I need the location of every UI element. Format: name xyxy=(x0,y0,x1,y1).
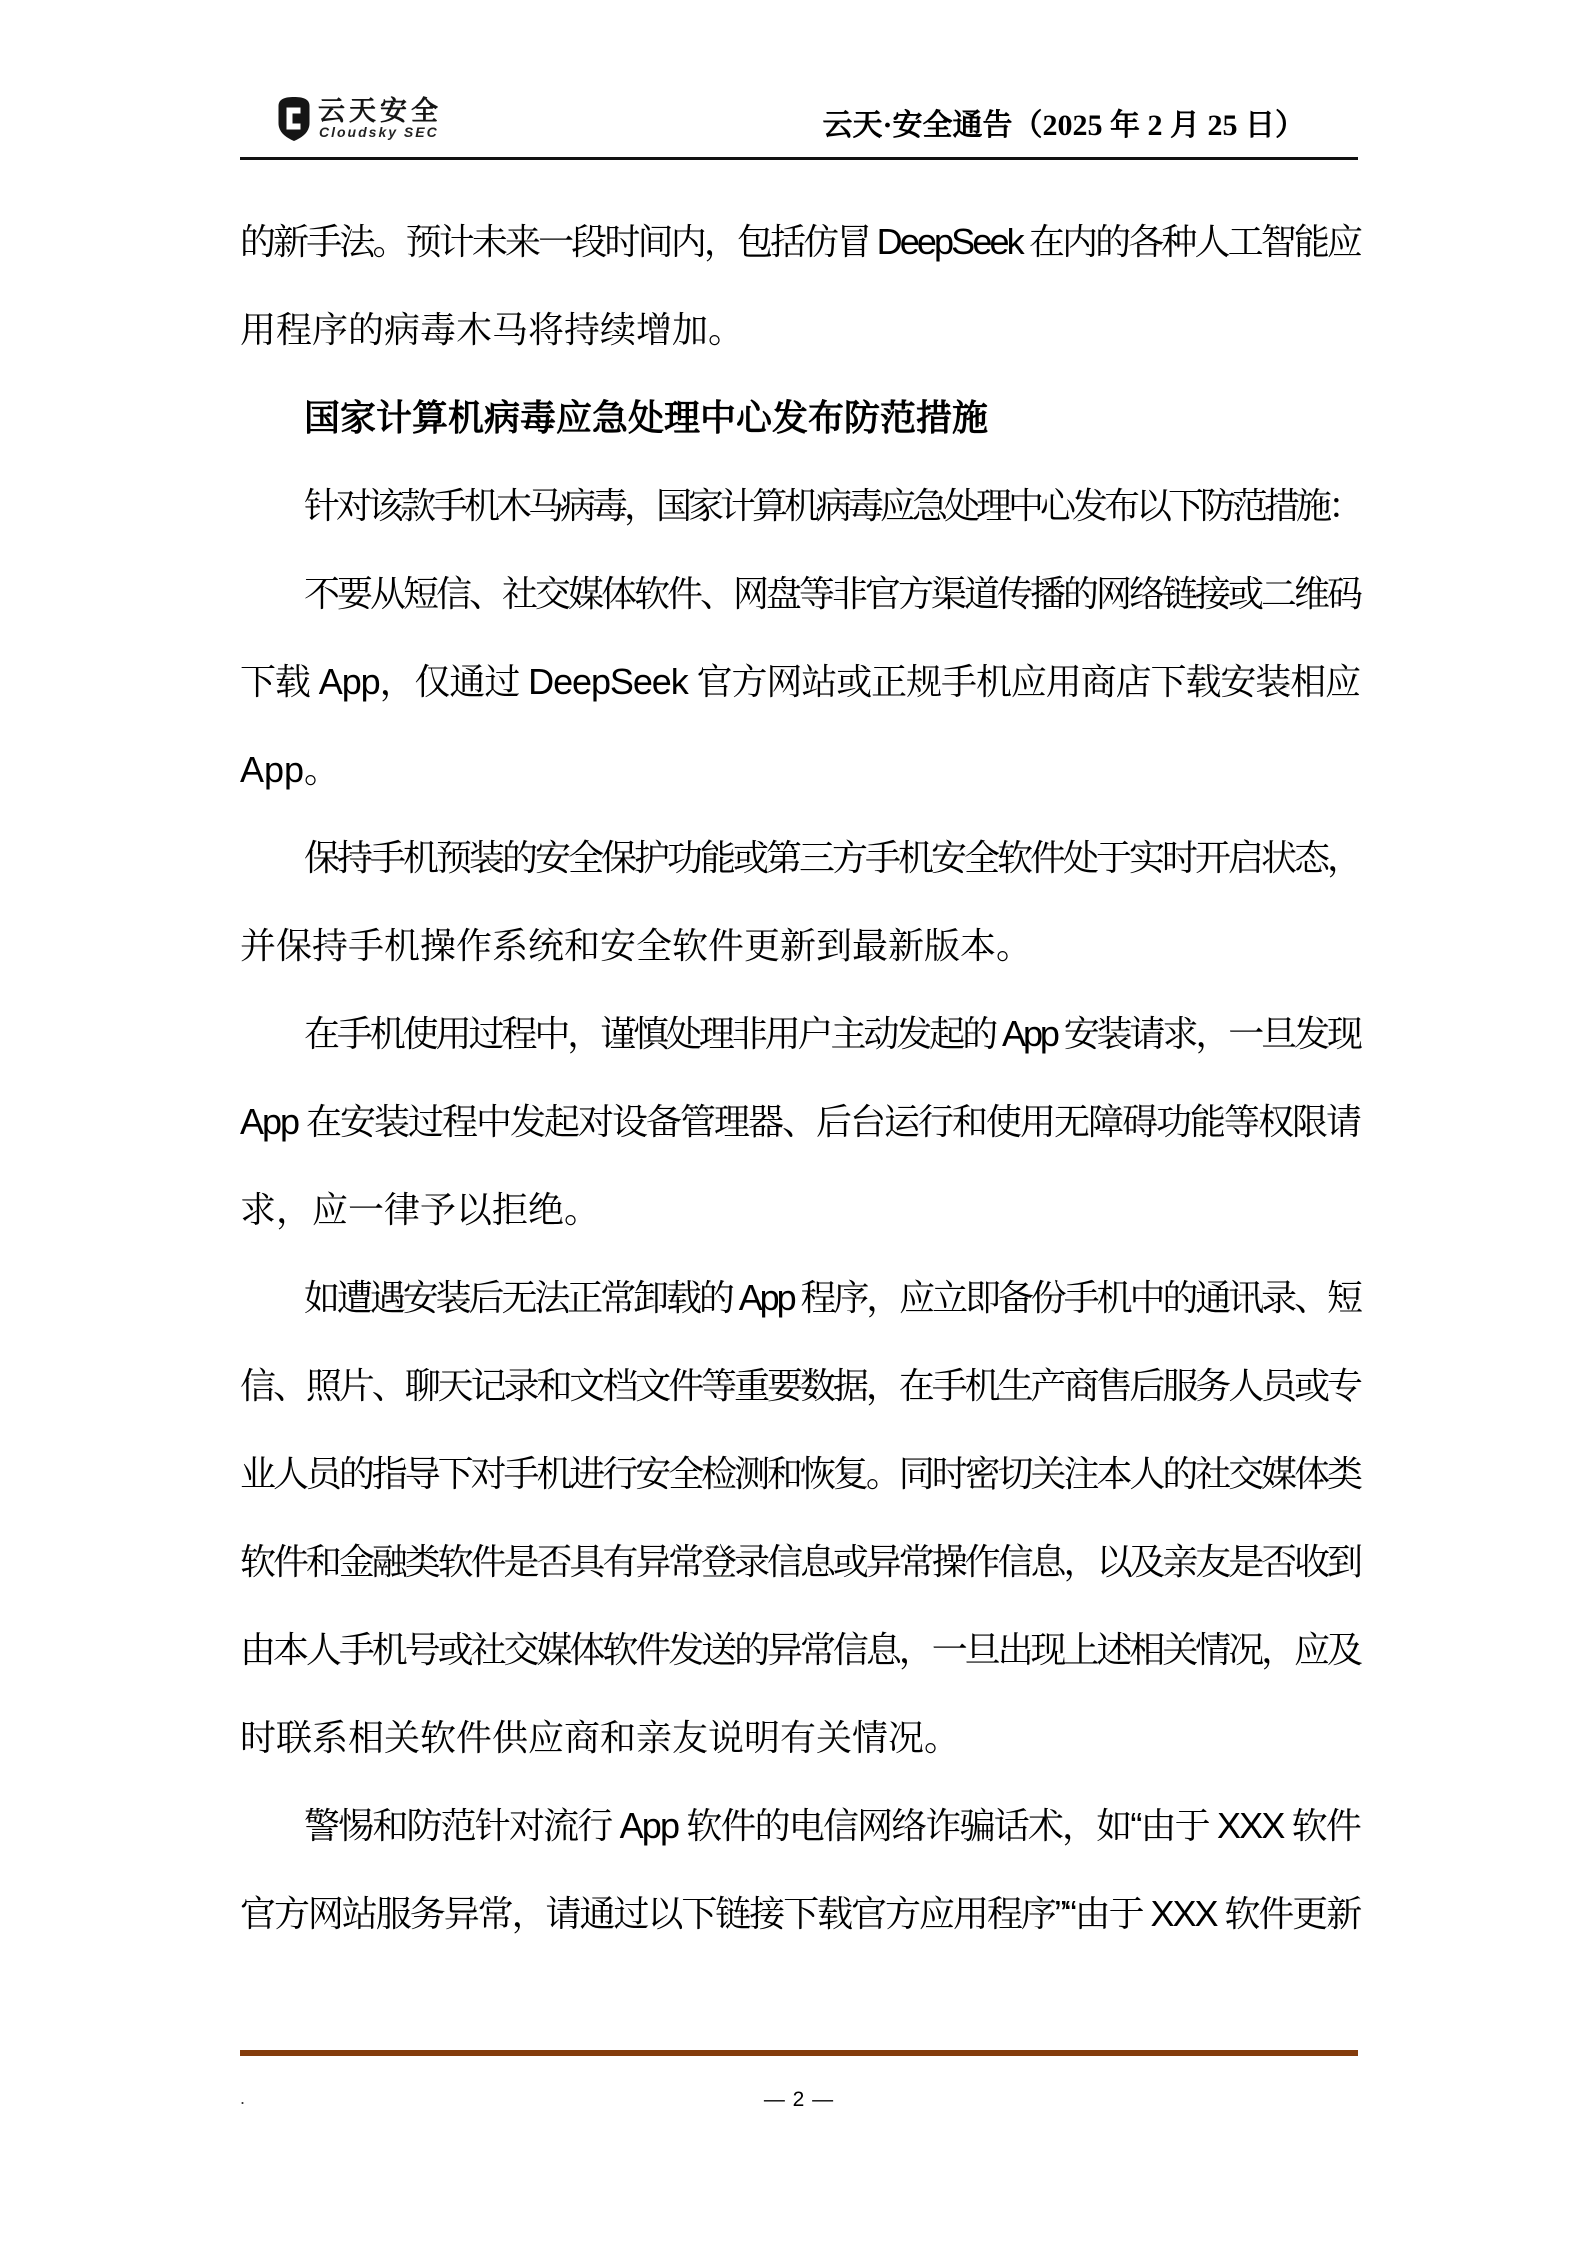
body-line: 信、照片、聊天记录和文档文件等重要数据，在手机生产商售后服务人员或专 xyxy=(240,1342,1360,1430)
document-body: 的新手法。预计未来一段时间内，包括仿冒 DeepSeek 在内的各种人工智能应 … xyxy=(240,198,1360,1958)
footer-rule xyxy=(240,2050,1358,2056)
body-line: 求，应一律予以拒绝。 xyxy=(240,1166,1360,1254)
body-line: 并保持手机操作系统和安全软件更新到最新版本。 xyxy=(240,902,1360,990)
body-line: 在手机使用过程中，谨慎处理非用户主动发起的 App 安装请求，一旦发现 xyxy=(240,990,1360,1078)
body-line: 如遭遇安装后无法正常卸载的 App 程序，应立即备份手机中的通讯录、短 xyxy=(240,1254,1360,1342)
document-page: 云天安全 Cloudsky SEC 云天·安全通告（2025 年 2 月 25 … xyxy=(0,0,1587,2245)
body-line: 不要从短信、社交媒体软件、网盘等非官方渠道传播的网络链接或二维码 xyxy=(240,550,1360,638)
body-line: 官方网站服务异常，请通过以下链接下载官方应用程序”“由于 XXX 软件更新 xyxy=(240,1870,1360,1958)
body-line: 用程序的病毒木马将持续增加。 xyxy=(240,286,1360,374)
body-line: App 在安装过程中发起对设备管理器、后台运行和使用无障碍功能等权限请 xyxy=(240,1078,1360,1166)
body-line: 软件和金融类软件是否具有异常登录信息或异常操作信息，以及亲友是否收到 xyxy=(240,1518,1360,1606)
body-line: App。 xyxy=(240,726,1360,814)
body-line: 的新手法。预计未来一段时间内，包括仿冒 DeepSeek 在内的各种人工智能应 xyxy=(240,198,1360,286)
document-header-title: 云天·安全通告（2025 年 2 月 25 日） xyxy=(240,108,1305,144)
page-number: — 2 — xyxy=(240,2086,1358,2114)
body-line: 保持手机预装的安全保护功能或第三方手机安全软件处于实时开启状态， xyxy=(240,814,1360,902)
body-line: 由本人手机号或社交媒体软件发送的异常信息，一旦出现上述相关情况，应及 xyxy=(240,1606,1360,1694)
body-line: 时联系相关软件供应商和亲友说明有关情况。 xyxy=(240,1694,1360,1782)
header-rule xyxy=(240,157,1358,160)
section-heading: 国家计算机病毒应急处理中心发布防范措施 xyxy=(240,374,1360,462)
body-line: 针对该款手机木马病毒，国家计算机病毒应急处理中心发布以下防范措施： xyxy=(240,462,1360,550)
body-line: 业人员的指导下对手机进行安全检测和恢复。同时密切关注本人的社交媒体类 xyxy=(240,1430,1360,1518)
body-line: 下载 App，仅通过 DeepSeek 官方网站或正规手机应用商店下载安装相应 xyxy=(240,638,1360,726)
body-line: 警惕和防范针对流行 App 软件的电信网络诈骗话术，如“由于 XXX 软件 xyxy=(240,1782,1360,1870)
